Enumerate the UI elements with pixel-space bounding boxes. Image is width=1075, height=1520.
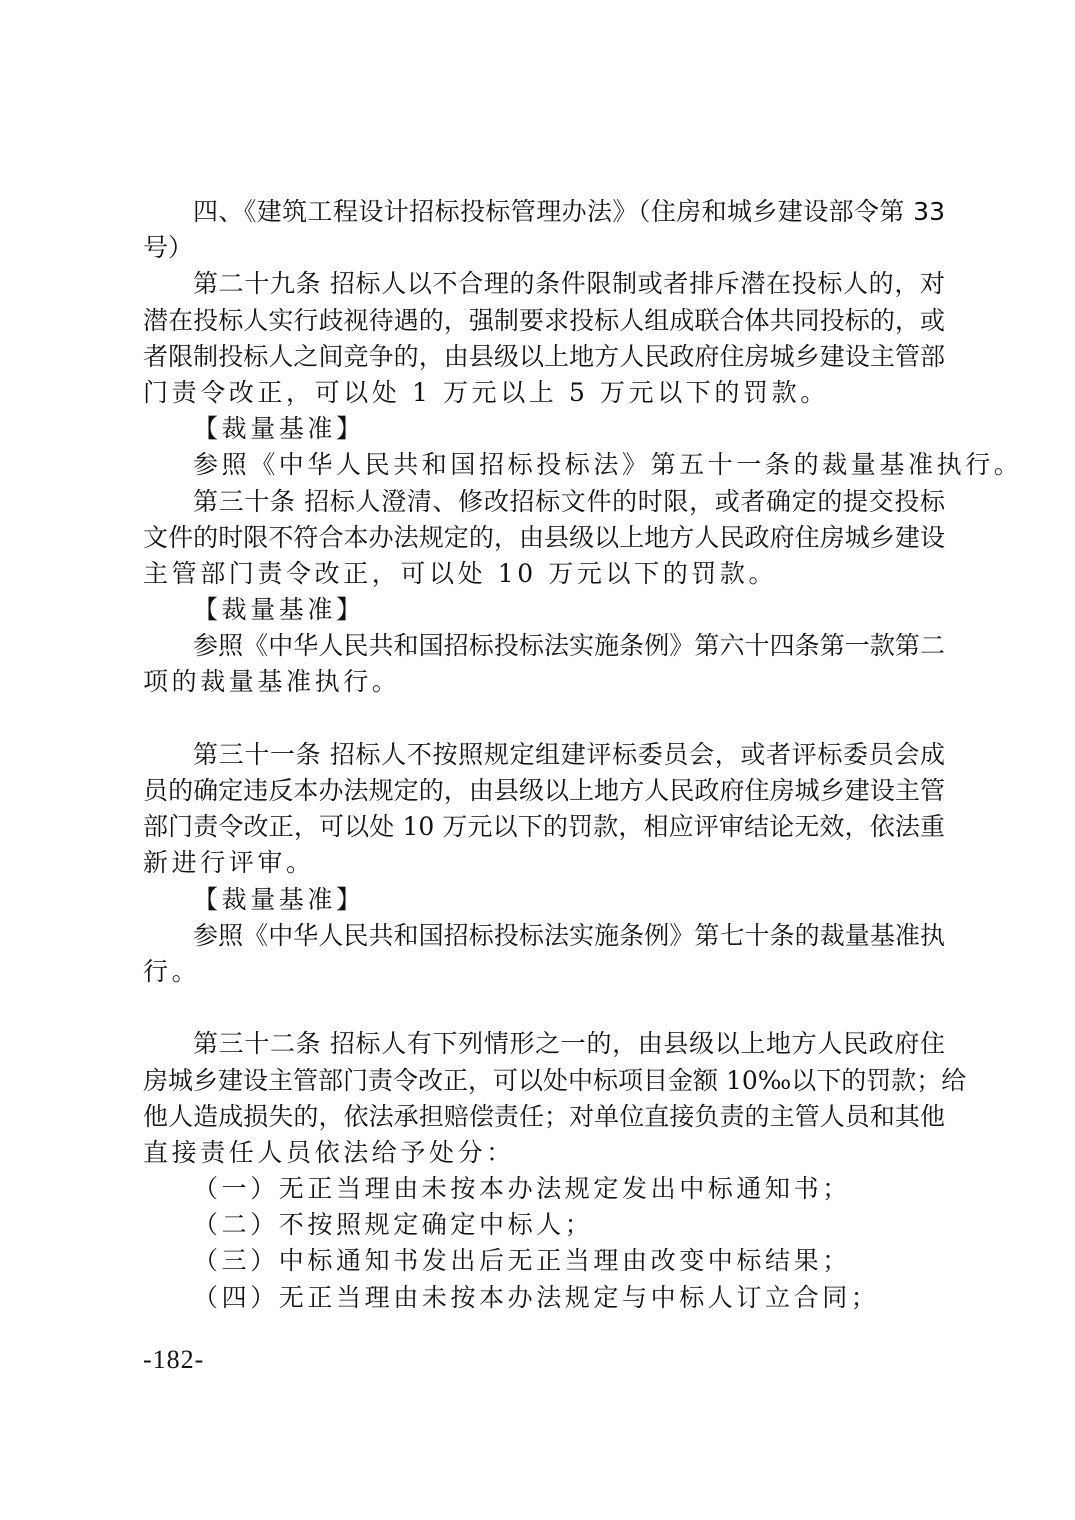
article-29-line-4: 门责令改正，可以处 1 万元以上 5 万元以下的罚款。 bbox=[143, 375, 945, 411]
page-content: 四、《建筑工程设计招标投标管理办法》（住房和城乡建设部令第 33 号） 第二十九… bbox=[143, 194, 945, 1316]
article-31-criteria-line-1: 参照《中华人民共和国招标投标法实施条例》第七十条的裁量基准执 bbox=[143, 918, 945, 954]
article-29-line-2: 潜在投标人实行歧视待遇的，强制要求投标人组成联合体共同投标的，或 bbox=[143, 303, 945, 339]
article-32-item-2: （二）不按照规定确定中标人； bbox=[143, 1207, 945, 1243]
section-heading-line-2: 号） bbox=[143, 230, 945, 266]
article-30: 第三十条 招标人澄清、修改招标文件的时限，或者确定的提交投标 文件的时限不符合本… bbox=[143, 484, 945, 701]
article-32-item-1: （一）无正当理由未按本办法规定发出中标通知书； bbox=[143, 1171, 945, 1207]
article-31-criteria-label: 【裁量基准】 bbox=[143, 882, 945, 918]
article-31-line-1: 第三十一条 招标人不按照规定组建评标委员会，或者评标委员会成 bbox=[143, 737, 945, 773]
page-number: -182- bbox=[143, 1345, 204, 1375]
article-32-line-4: 直接责任人员依法给予处分： bbox=[143, 1135, 945, 1171]
article-30-criteria-line-2: 项的裁量基准执行。 bbox=[143, 664, 945, 700]
article-30-criteria-label: 【裁量基准】 bbox=[143, 592, 945, 628]
article-32: 第三十二条 招标人有下列情形之一的，由县级以上地方人民政府住 房城乡建设主管部门… bbox=[143, 1026, 945, 1316]
article-29-criteria-line-1: 参照《中华人民共和国招标投标法》第五十一条的裁量基准执行。 bbox=[143, 447, 945, 483]
article-29-line-3: 者限制投标人之间竞争的，由县级以上地方人民政府住房城乡建设主管部 bbox=[143, 339, 945, 375]
article-30-line-2: 文件的时限不符合本办法规定的，由县级以上地方人民政府住房城乡建设 bbox=[143, 520, 945, 556]
paragraph-gap bbox=[143, 990, 945, 1026]
article-31-criteria-line-2: 行。 bbox=[143, 954, 945, 990]
article-29-criteria-label: 【裁量基准】 bbox=[143, 411, 945, 447]
paragraph-gap bbox=[143, 701, 945, 737]
article-30-criteria-line-1: 参照《中华人民共和国招标投标法实施条例》第六十四条第一款第二 bbox=[143, 628, 945, 664]
article-30-line-1: 第三十条 招标人澄清、修改招标文件的时限，或者确定的提交投标 bbox=[143, 484, 945, 520]
section-heading-line-1: 四、《建筑工程设计招标投标管理办法》（住房和城乡建设部令第 33 bbox=[143, 194, 945, 230]
article-30-line-3: 主管部门责令改正，可以处 10 万元以下的罚款。 bbox=[143, 556, 945, 592]
article-31-line-4: 新进行评审。 bbox=[143, 845, 945, 881]
article-32-line-2: 房城乡建设主管部门责令改正，可以处中标项目金额 10‰以下的罚款；给 bbox=[143, 1063, 945, 1099]
article-32-line-3: 他人造成损失的，依法承担赔偿责任；对单位直接负责的主管人员和其他 bbox=[143, 1099, 945, 1135]
article-31: 第三十一条 招标人不按照规定组建评标委员会，或者评标委员会成 员的确定违反本办法… bbox=[143, 737, 945, 990]
article-29-line-1: 第二十九条 招标人以不合理的条件限制或者排斥潜在投标人的，对 bbox=[143, 266, 945, 302]
article-32-line-1: 第三十二条 招标人有下列情形之一的，由县级以上地方人民政府住 bbox=[143, 1026, 945, 1062]
article-29: 第二十九条 招标人以不合理的条件限制或者排斥潜在投标人的，对 潜在投标人实行歧视… bbox=[143, 266, 945, 483]
article-32-item-4: （四）无正当理由未按本办法规定与中标人订立合同； bbox=[143, 1280, 945, 1316]
article-32-item-3: （三）中标通知书发出后无正当理由改变中标结果； bbox=[143, 1243, 945, 1279]
article-31-line-2: 员的确定违反本办法规定的，由县级以上地方人民政府住房城乡建设主管 bbox=[143, 773, 945, 809]
article-31-line-3: 部门责令改正，可以处 10 万元以下的罚款，相应评审结论无效，依法重 bbox=[143, 809, 945, 845]
document-page: 四、《建筑工程设计招标投标管理办法》（住房和城乡建设部令第 33 号） 第二十九… bbox=[0, 0, 1075, 1520]
